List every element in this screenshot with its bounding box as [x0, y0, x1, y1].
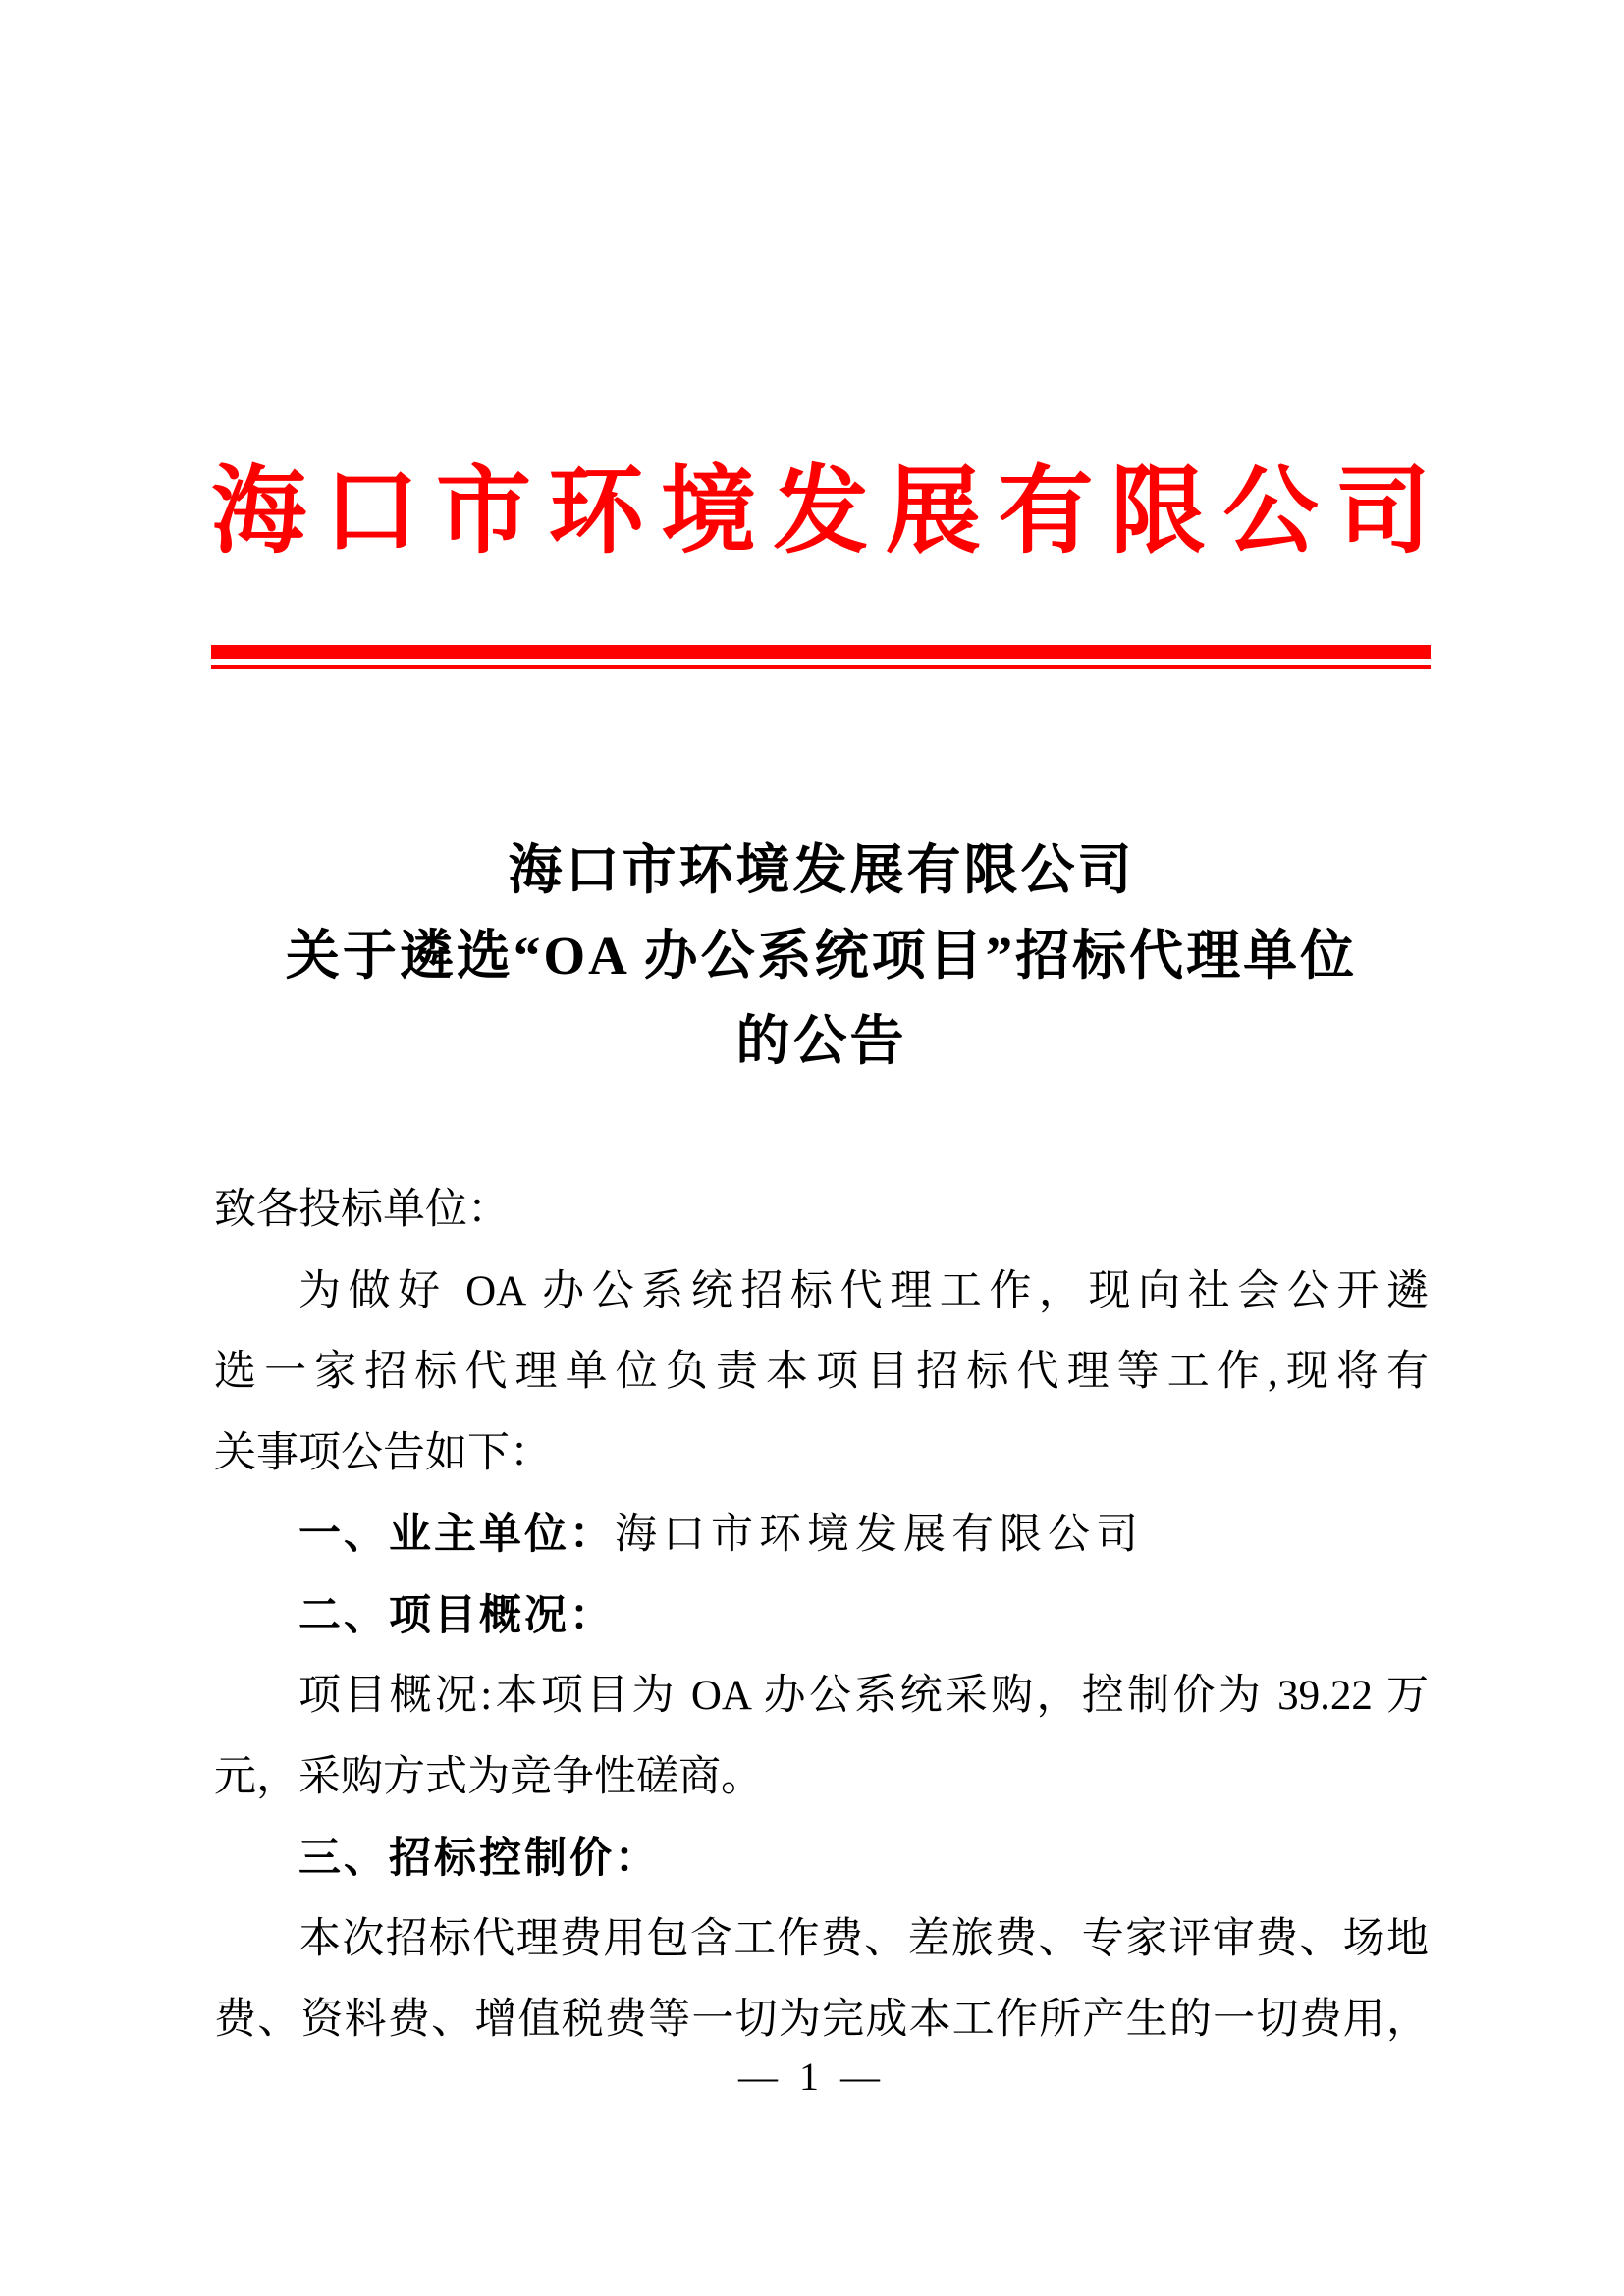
letterhead-company-name: 海口市环境发展有限公司 [211, 454, 1431, 571]
salutation: 致各投标单位： [214, 1170, 1429, 1252]
section-1-line: 一、业主单位：海口市环境发展有限公司 [214, 1494, 1429, 1575]
section-3-heading: 三、招标控制价： [298, 1835, 660, 1882]
document-page: 海口市环境发展有限公司 海口市环境发展有限公司 关于遴选“OA 办公系统项目”招… [0, 0, 1624, 2296]
announcement-body: 致各投标单位： 为做好 OA 办公系统招标代理工作，现向社会公开遴 选一家招标代… [214, 1170, 1429, 2061]
intro-paragraph-line-1: 为做好 OA 办公系统招标代理工作，现向社会公开遴 [214, 1252, 1429, 1333]
letterhead-divider [211, 645, 1431, 669]
section-2-paragraph-line-2: 元，采购方式为竞争性磋商。 [214, 1737, 1429, 1819]
announcement-title-line-3: 的公告 [214, 998, 1429, 1084]
announcement-title-line-1: 海口市环境发展有限公司 [214, 828, 1429, 913]
section-3-paragraph-line-1: 本次招标代理费用包含工作费、差旅费、专家评审费、场地 [214, 1899, 1429, 1981]
announcement-title: 海口市环境发展有限公司 关于遴选“OA 办公系统项目”招标代理单位 的公告 [214, 828, 1429, 1084]
section-1-value: 海口市环境发展有限公司 [615, 1512, 1144, 1558]
section-2-heading: 二、项目概况： [298, 1592, 615, 1639]
intro-paragraph-line-3: 关事项公告如下： [214, 1414, 1429, 1495]
announcement-title-line-2: 关于遴选“OA 办公系统项目”招标代理单位 [214, 913, 1429, 998]
section-3-paragraph-line-2: 费、资料费、增值税费等一切为完成本工作所产生的一切费用， [214, 1980, 1429, 2061]
intro-paragraph-line-2: 选一家招标代理单位负责本项目招标代理等工作,现将有 [214, 1332, 1429, 1414]
page-number: — 1 — [0, 2054, 1624, 2100]
section-1-heading: 一、业主单位： [298, 1511, 615, 1558]
section-2-line: 二、项目概况： [214, 1575, 1429, 1657]
section-3-line: 三、招标控制价： [214, 1818, 1429, 1899]
section-2-paragraph-line-1: 项目概况:本项目为 OA 办公系统采购，控制价为 39.22 万 [214, 1656, 1429, 1737]
